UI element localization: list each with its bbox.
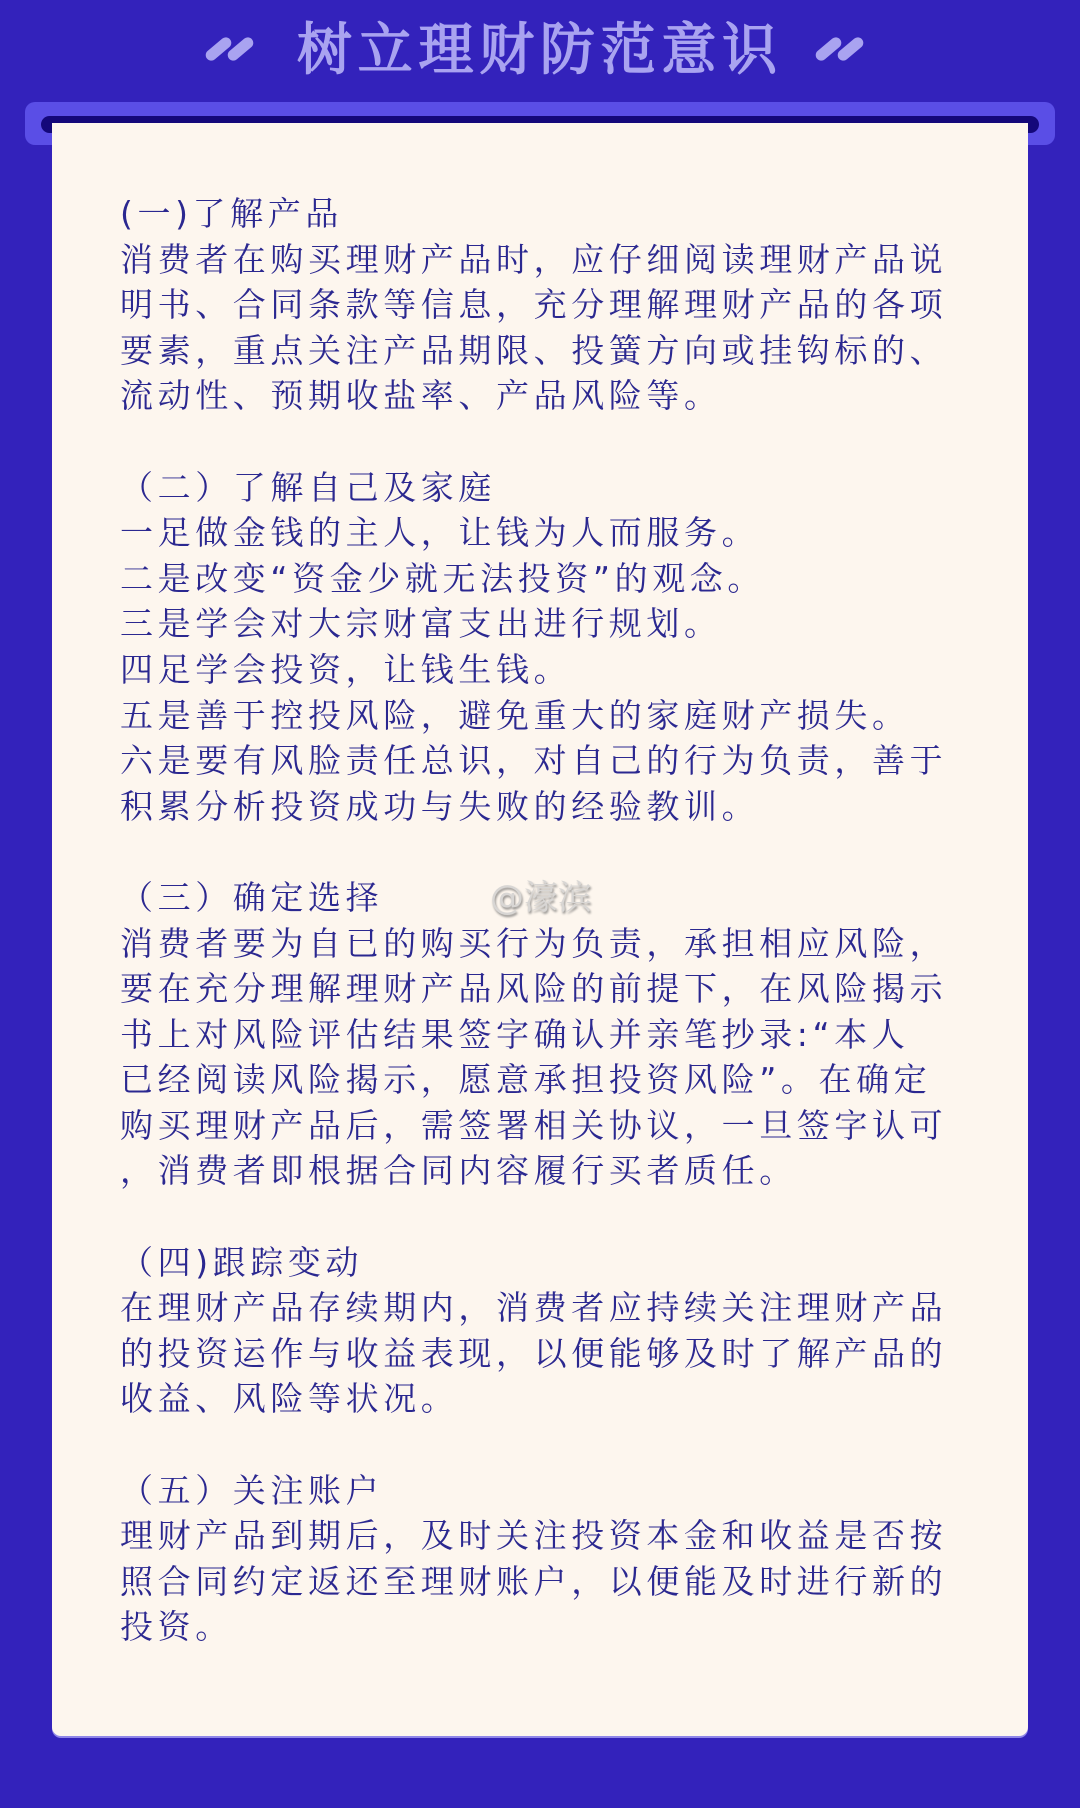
paragraph-line: 收益、风险等状况。 <box>120 1376 1020 1422</box>
list-item: 五是善于控投风险，避免重大的家庭财产损失。 <box>120 693 1020 739</box>
content-body: (一)了解产品 消费者在购买理财产品时，应仔细阅读理财产品说 明书、合同条款等信… <box>120 191 1020 1696</box>
section-heading: (一)了解产品 <box>120 191 1020 237</box>
section-understand-self-family: （二）了解自己及家庭 一足做金钱的主人，让钱为人而服务。 二是改变“资金少就无法… <box>120 465 1020 830</box>
double-slash-icon <box>813 34 863 64</box>
list-item: 积累分析投资成功与失败的经验教训。 <box>120 784 1020 830</box>
paragraph-line: 明书、合同条款等信息，充分理解理财产品的各项 <box>120 282 1020 328</box>
paragraph-line: 消费者在购买理财产品时，应仔细阅读理财产品说 <box>120 237 1020 283</box>
paragraph-line: 流动性、预期收盐率、产品风险等。 <box>120 373 1020 419</box>
paragraph-line: 消费者要为自已的购买行为负责，承担相应风险， <box>120 921 1020 967</box>
section-confirm-choice: （三）确定选择 消费者要为自已的购买行为负责，承担相应风险， 要在充分理解理财产… <box>120 875 1020 1194</box>
paragraph-line: 已经阅读风险揭示，愿意承担投资风险”。在确定 <box>120 1057 1020 1103</box>
paragraph-line: 理财产品到期后，及时关注投资本金和收益是否按 <box>120 1513 1020 1559</box>
paragraph-line: 要素，重点关注产品期限、投簧方向或挂钩标的、 <box>120 328 1020 374</box>
section-heading: （二）了解自己及家庭 <box>120 465 1020 511</box>
paragraph-line: 的投资运作与收益表现，以便能够及时了解产品的 <box>120 1331 1020 1377</box>
paragraph-line: 购买理财产品后，需签署相关协议，一旦签字认可 <box>120 1103 1020 1149</box>
double-slash-icon <box>203 34 253 64</box>
list-item: 三是学会对大宗财富支出进行规划。 <box>120 601 1020 647</box>
list-item: 二是改变“资金少就无法投资”的观念。 <box>120 556 1020 602</box>
paragraph-line: 投资。 <box>120 1604 1020 1650</box>
paragraph-line: 在理财产品存续期内，消费者应持续关注理财产品 <box>120 1285 1020 1331</box>
page-title: 树立理财防范意识 <box>291 14 789 86</box>
section-heading: （五）关注账户 <box>120 1468 1020 1514</box>
list-item: 六是要有风脸责任总识，对自己的行为负责，善于 <box>120 738 1020 784</box>
section-track-changes: （四)跟踪变动 在理财产品存续期内，消费者应持续关注理财产品 的投资运作与收益表… <box>120 1240 1020 1422</box>
paragraph-line: 书上对风险评估结果签字确认并亲笔抄录:“本人 <box>120 1012 1020 1058</box>
list-item: 一足做金钱的主人，让钱为人而服务。 <box>120 510 1020 556</box>
section-watch-account: （五）关注账户 理财产品到期后，及时关注投资本金和收益是否按 照合同约定返还至理… <box>120 1468 1020 1650</box>
list-item: 四足学会投资，让钱生钱。 <box>120 647 1020 693</box>
paragraph-line: ，消费者即根据合同内容履行买者质任。 <box>120 1148 1020 1194</box>
paragraph-line: 要在充分理解理财产品风险的前提下，在风险揭示 <box>120 966 1020 1012</box>
watermark: @濠滨 <box>490 876 592 920</box>
section-understand-product: (一)了解产品 消费者在购买理财产品时，应仔细阅读理财产品说 明书、合同条款等信… <box>120 191 1020 419</box>
section-heading: （四)跟踪变动 <box>120 1240 1020 1286</box>
header: 树立理财防范意识 <box>0 14 1080 86</box>
paragraph-line: 照合同约定返还至理财账户，以便能及时进行新的 <box>120 1559 1020 1605</box>
